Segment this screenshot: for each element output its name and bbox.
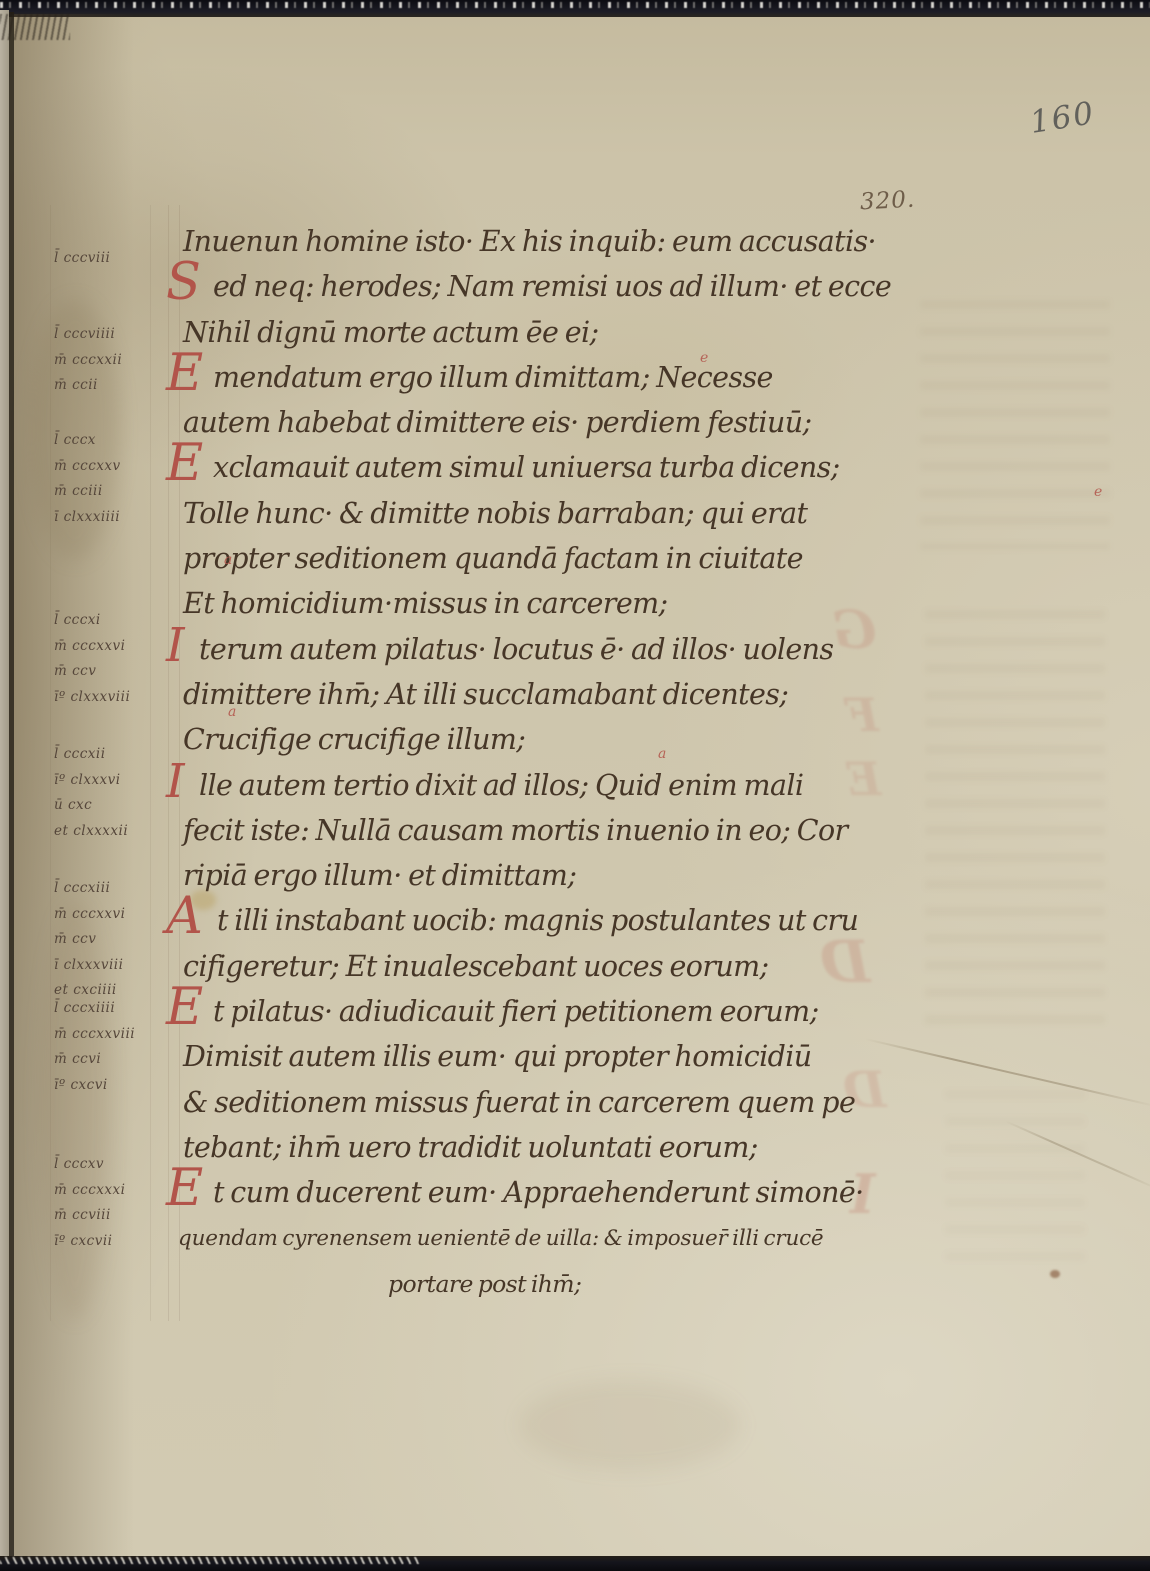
book-edge-bottom [0, 1556, 1150, 1571]
parchment-stain [520, 1380, 740, 1470]
line-text: Nihil dignū morte actum ēe ei; [183, 312, 598, 354]
text-line: propter seditionem quandā factam in ciui… [183, 538, 913, 583]
canon-reference-group: l̄ cccviiii m̄ cccxxii m̄ ccii [54, 322, 122, 399]
verso-showthrough [925, 610, 1105, 1040]
line-text: terum autem pilatus· locutus ē· ad illos… [183, 629, 833, 671]
canon-reference: l̄ cccviiii [54, 322, 122, 348]
canon-reference-group: l̄ cccxv m̄ cccxxxi m̄ ccviii īº cxcvii [54, 1152, 125, 1254]
canon-reference: īº cxcvi [54, 1073, 135, 1099]
line-text: Crucifige crucifige illum; [183, 719, 525, 761]
rubric-initial: E [166, 982, 203, 1033]
canon-reference: et clxxxxii [54, 819, 128, 845]
book-edge-top [0, 0, 1150, 17]
text-line: Inuenun homine isto· Ex his inquib: eum … [183, 221, 913, 266]
interlinear-correction: a [658, 746, 666, 762]
parchment-stain [1050, 1270, 1060, 1278]
canon-reference: m̄ cccxxii [54, 348, 122, 374]
page-stack-texture-bottom [0, 1557, 420, 1564]
rubric-initial: S [166, 257, 200, 308]
line-text: t illi instabant uocib: magnis postulant… [183, 900, 858, 942]
canon-reference: m̄ cccxxvi [54, 902, 125, 928]
line-text: t pilatus· adiudicauit fieri petitionem … [183, 991, 819, 1033]
canon-reference: ū cxc [54, 793, 128, 819]
line-text: lle autem tertio dixit ad illos; Quid en… [183, 765, 803, 807]
text-line: Crucifige crucifige illum; [183, 719, 913, 764]
interlinear-correction: a [224, 552, 232, 568]
line-text: & seditionem missus fuerat in carcerem q… [183, 1082, 855, 1124]
canon-reference: īº clxxxvi [54, 768, 128, 794]
line-text: mendatum ergo illum dimittam; Necesse [183, 357, 773, 399]
text-line: fecit iste: Nullā causam mortis inuenio … [183, 810, 913, 855]
interlinear-correction: e [1094, 484, 1102, 500]
line-text: Inuenun homine isto· Ex his inquib: eum … [183, 221, 876, 263]
canon-reference-group: l̄ cccviii [54, 246, 110, 272]
canon-reference: ī clxxxviii [54, 953, 125, 979]
text-line: portare post ihm̄; [183, 1263, 913, 1308]
canon-reference-group: l̄ cccx m̄ cccxxv m̄ cciii ī clxxxiiii [54, 428, 121, 530]
text-line: dimittere ihm̄; At illi succlamabant dic… [183, 674, 913, 719]
rubric-initial: E [166, 348, 203, 399]
canon-reference: m̄ cciii [54, 479, 121, 505]
interlinear-correction: e [700, 350, 708, 366]
underlying-page-edge-left [0, 10, 9, 1563]
canon-reference: l̄ cccxii [54, 742, 128, 768]
text-line: Iterum autem pilatus· locutus ē· ad illo… [183, 629, 913, 674]
text-line: Et cum ducerent eum· Appraehenderunt sim… [183, 1172, 913, 1217]
text-line: quendam cyrenensem uenientē de uilla: & … [178, 1218, 913, 1263]
line-text: dimittere ihm̄; At illi succlamabant dic… [183, 674, 788, 716]
line-text: Et homicidium·missus in carcerem; [183, 583, 668, 625]
text-line: At illi instabant uocib: magnis postulan… [183, 900, 913, 945]
canon-reference: m̄ ccv [54, 659, 130, 685]
rubric-initial: I [166, 756, 184, 807]
canon-reference: m̄ cccxxviii [54, 1022, 135, 1048]
canon-reference-group: l̄ cccxiii m̄ cccxxvi m̄ ccv ī clxxxviii… [54, 876, 125, 1004]
verso-showthrough [945, 1090, 1085, 1270]
text-line: Et homicidium·missus in carcerem; [183, 583, 913, 628]
text-line: & seditionem missus fuerat in carcerem q… [183, 1082, 913, 1127]
text-line: Tolle hunc· & dimitte nobis barraban; qu… [183, 493, 913, 538]
rubric-initial: E [166, 1163, 203, 1214]
text-line: Sed neq: herodes; Nam remisi uos ad illu… [183, 266, 913, 311]
line-text: Tolle hunc· & dimitte nobis barraban; qu… [183, 493, 807, 535]
folio-number-pencil: 160 [1028, 95, 1098, 141]
text-line: Dimisit autem illis eum· qui propter hom… [183, 1036, 913, 1081]
canon-reference-group: l̄ cccxiiii m̄ cccxxviii m̄ ccvi īº cxcv… [54, 996, 135, 1098]
page-stack-texture-top-left [0, 14, 70, 40]
canon-reference: m̄ ccv [54, 927, 125, 953]
line-text: propter seditionem quandā factam in ciui… [183, 538, 803, 580]
text-line: tebant; ihm̄ uero tradidit uoluntati eor… [183, 1127, 913, 1172]
canon-reference: l̄ cccxiii [54, 876, 125, 902]
canon-reference: l̄ cccxv [54, 1152, 125, 1178]
line-text: cifigeretur; Et inualescebant uoces eoru… [183, 946, 769, 988]
line-text: ed neq: herodes; Nam remisi uos ad illum… [183, 266, 891, 308]
line-text: fecit iste: Nullā causam mortis inuenio … [183, 810, 848, 852]
canon-reference: īº cxcvii [54, 1229, 125, 1255]
rubric-initial: E [166, 438, 203, 489]
text-line: Nihil dignū morte actum ēe ei; [183, 312, 913, 357]
page-stack-texture-top [0, 2, 1150, 8]
text-line: Et pilatus· adiudicauit fieri petitionem… [183, 991, 913, 1036]
canon-reference: m̄ cccxxv [54, 454, 121, 480]
line-text: t cum ducerent eum· Appraehenderunt simo… [183, 1172, 864, 1214]
ruling-line [150, 205, 151, 1321]
rubric-initial: A [166, 891, 202, 942]
canon-reference: m̄ cccxxxi [54, 1178, 125, 1204]
canon-reference: m̄ ccvi [54, 1047, 135, 1073]
text-line: Ille autem tertio dixit ad illos; Quid e… [183, 765, 913, 810]
main-text-block: Inuenun homine isto· Ex his inquib: eum … [183, 221, 913, 1308]
rubric-initial: I [166, 620, 184, 671]
verso-showthrough [920, 300, 1110, 550]
line-text: ripiā ergo illum· et dimittam; [183, 855, 576, 897]
canon-reference: l̄ cccxiiii [54, 996, 135, 1022]
line-text: autem habebat dimittere eis· perdiem fes… [183, 402, 811, 444]
line-text: portare post ihm̄; [388, 1263, 581, 1305]
canon-reference: ī clxxxiiii [54, 505, 121, 531]
manuscript-page: G F E D D I 160 320. l̄ cccviii l̄ cccvi… [0, 0, 1150, 1571]
canon-reference: l̄ cccx [54, 428, 121, 454]
canon-reference: l̄ cccviii [54, 246, 110, 272]
canon-reference: m̄ ccviii [54, 1203, 125, 1229]
line-text: Dimisit autem illis eum· qui propter hom… [183, 1036, 812, 1078]
canon-reference: īº clxxxviii [54, 685, 130, 711]
text-line: cifigeretur; Et inualescebant uoces eoru… [183, 946, 913, 991]
canon-reference-group: l̄ cccxi m̄ cccxxvi m̄ ccv īº clxxxviii [54, 608, 130, 710]
line-text: xclamauit autem simul uniuersa turba dic… [183, 447, 840, 489]
page-number-ink: 320. [859, 187, 916, 216]
text-line: ripiā ergo illum· et dimittam; [183, 855, 913, 900]
canon-reference: l̄ cccxi [54, 608, 130, 634]
line-text: tebant; ihm̄ uero tradidit uoluntati eor… [183, 1127, 758, 1169]
text-line: autem habebat dimittere eis· perdiem fes… [183, 402, 913, 447]
canon-reference: m̄ cccxxvi [54, 634, 130, 660]
canon-reference-group: l̄ cccxii īº clxxxvi ū cxc et clxxxxii [54, 742, 128, 844]
canon-reference: m̄ ccii [54, 373, 122, 399]
text-line: Exclamauit autem simul uniuersa turba di… [183, 447, 913, 492]
line-text: quendam cyrenensem uenientē de uilla: & … [178, 1218, 823, 1260]
interlinear-correction: a [228, 704, 236, 720]
text-line: Emendatum ergo illum dimittam; Necesse [183, 357, 913, 402]
